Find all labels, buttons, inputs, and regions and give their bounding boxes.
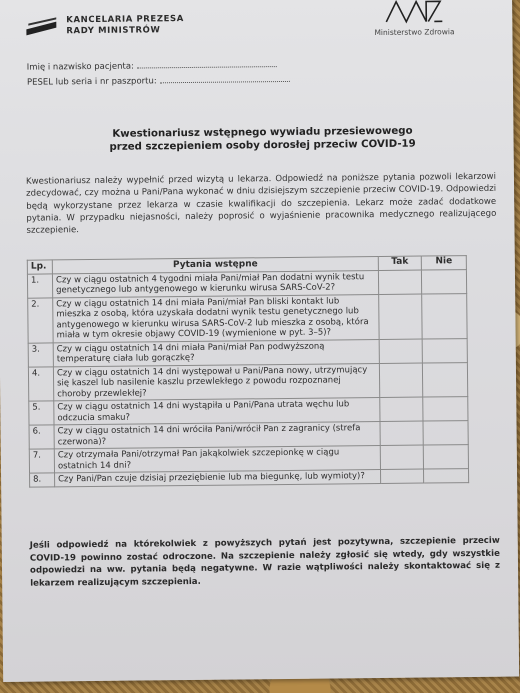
header-yes: Tak <box>378 256 421 270</box>
question-number: 5. <box>29 401 54 425</box>
question-number: 8. <box>30 473 55 487</box>
question-text: Czy w ciągu ostatnich 14 dni wystąpiła u… <box>54 398 380 425</box>
answer-no-cell[interactable] <box>421 269 466 293</box>
kprm-logo-text: KANCELARIA PREZESA RADY MINISTRÓW <box>66 14 184 37</box>
answer-yes-cell[interactable] <box>380 445 423 469</box>
answer-yes-cell[interactable] <box>379 294 422 339</box>
answer-yes-cell[interactable] <box>379 339 422 363</box>
kprm-logo: KANCELARIA PREZESA RADY MINISTRÓW <box>26 14 184 38</box>
mz-logo-text: Ministerstwo Zdrowia <box>374 27 454 37</box>
header-lp: Lp. <box>27 260 52 274</box>
patient-name-field[interactable] <box>137 58 277 68</box>
patient-id-label: PESEL lub seria i nr paszportu: <box>27 76 157 87</box>
table-row: 2.Czy w ciągu ostatnich 14 dni miała Pan… <box>28 293 467 343</box>
answer-yes-cell[interactable] <box>381 469 424 483</box>
question-number: 7. <box>29 449 54 473</box>
question-text: Czy w ciągu ostatnich 4 tygodni miała Pa… <box>52 270 378 297</box>
header-no: Nie <box>421 256 466 270</box>
answer-yes-cell[interactable] <box>378 270 421 294</box>
answer-no-cell[interactable] <box>423 397 468 421</box>
question-text: Czy Pani/Pan czuje dzisiaj przeziębienie… <box>55 469 381 486</box>
question-text: Czy w ciągu ostatnich 14 dni miała Pani/… <box>53 339 379 366</box>
question-number: 4. <box>28 366 53 401</box>
answer-no-cell[interactable] <box>422 362 467 397</box>
mz-emblem-icon <box>384 0 444 24</box>
intro-paragraph: Kwestionariusz należy wypełnić przed wiz… <box>26 171 497 237</box>
patient-name-label: Imię i nazwisko pacjenta: <box>27 62 134 73</box>
patient-fields: Imię i nazwisko pacjenta: PESEL lub seri… <box>27 58 290 91</box>
question-number: 1. <box>27 273 52 297</box>
answer-yes-cell[interactable] <box>380 397 423 421</box>
mz-logo: Ministerstwo Zdrowia <box>374 0 455 37</box>
question-number: 2. <box>28 297 53 342</box>
question-number: 3. <box>28 342 53 366</box>
answer-yes-cell[interactable] <box>380 421 423 445</box>
page-title: Kwestionariusz wstępnego wywiadu przesie… <box>77 124 447 154</box>
warning-paragraph: Jeśli odpowiedź na którekolwiek z powyżs… <box>30 535 500 590</box>
answer-no-cell[interactable] <box>423 469 468 483</box>
answer-no-cell[interactable] <box>422 338 467 362</box>
question-number: 6. <box>29 425 54 449</box>
table-row: 4.Czy w ciągu ostatnich 14 dni występowa… <box>28 362 467 401</box>
questionnaire-sheet: KANCELARIA PREZESA RADY MINISTRÓW Minist… <box>0 0 519 682</box>
question-text: Czy otrzymała Pani/otrzymał Pan jakąkolw… <box>54 446 380 473</box>
patient-id-row: PESEL lub seria i nr paszportu: <box>27 73 290 91</box>
question-text: Czy w ciągu ostatnich 14 dni wróciła Pan… <box>54 422 380 449</box>
answer-yes-cell[interactable] <box>379 363 422 398</box>
patient-id-field[interactable] <box>159 73 289 83</box>
answer-no-cell[interactable] <box>423 445 468 469</box>
answer-no-cell[interactable] <box>423 421 468 445</box>
answer-no-cell[interactable] <box>422 293 467 338</box>
question-text: Czy w ciągu ostatnich 14 dni występował … <box>53 363 379 401</box>
question-text: Czy w ciągu ostatnich 14 dni miała Pani/… <box>53 294 379 342</box>
kprm-emblem-icon <box>26 18 58 34</box>
questions-table: Lp. Pytania wstępne Tak Nie 1.Czy w ciąg… <box>27 255 469 487</box>
